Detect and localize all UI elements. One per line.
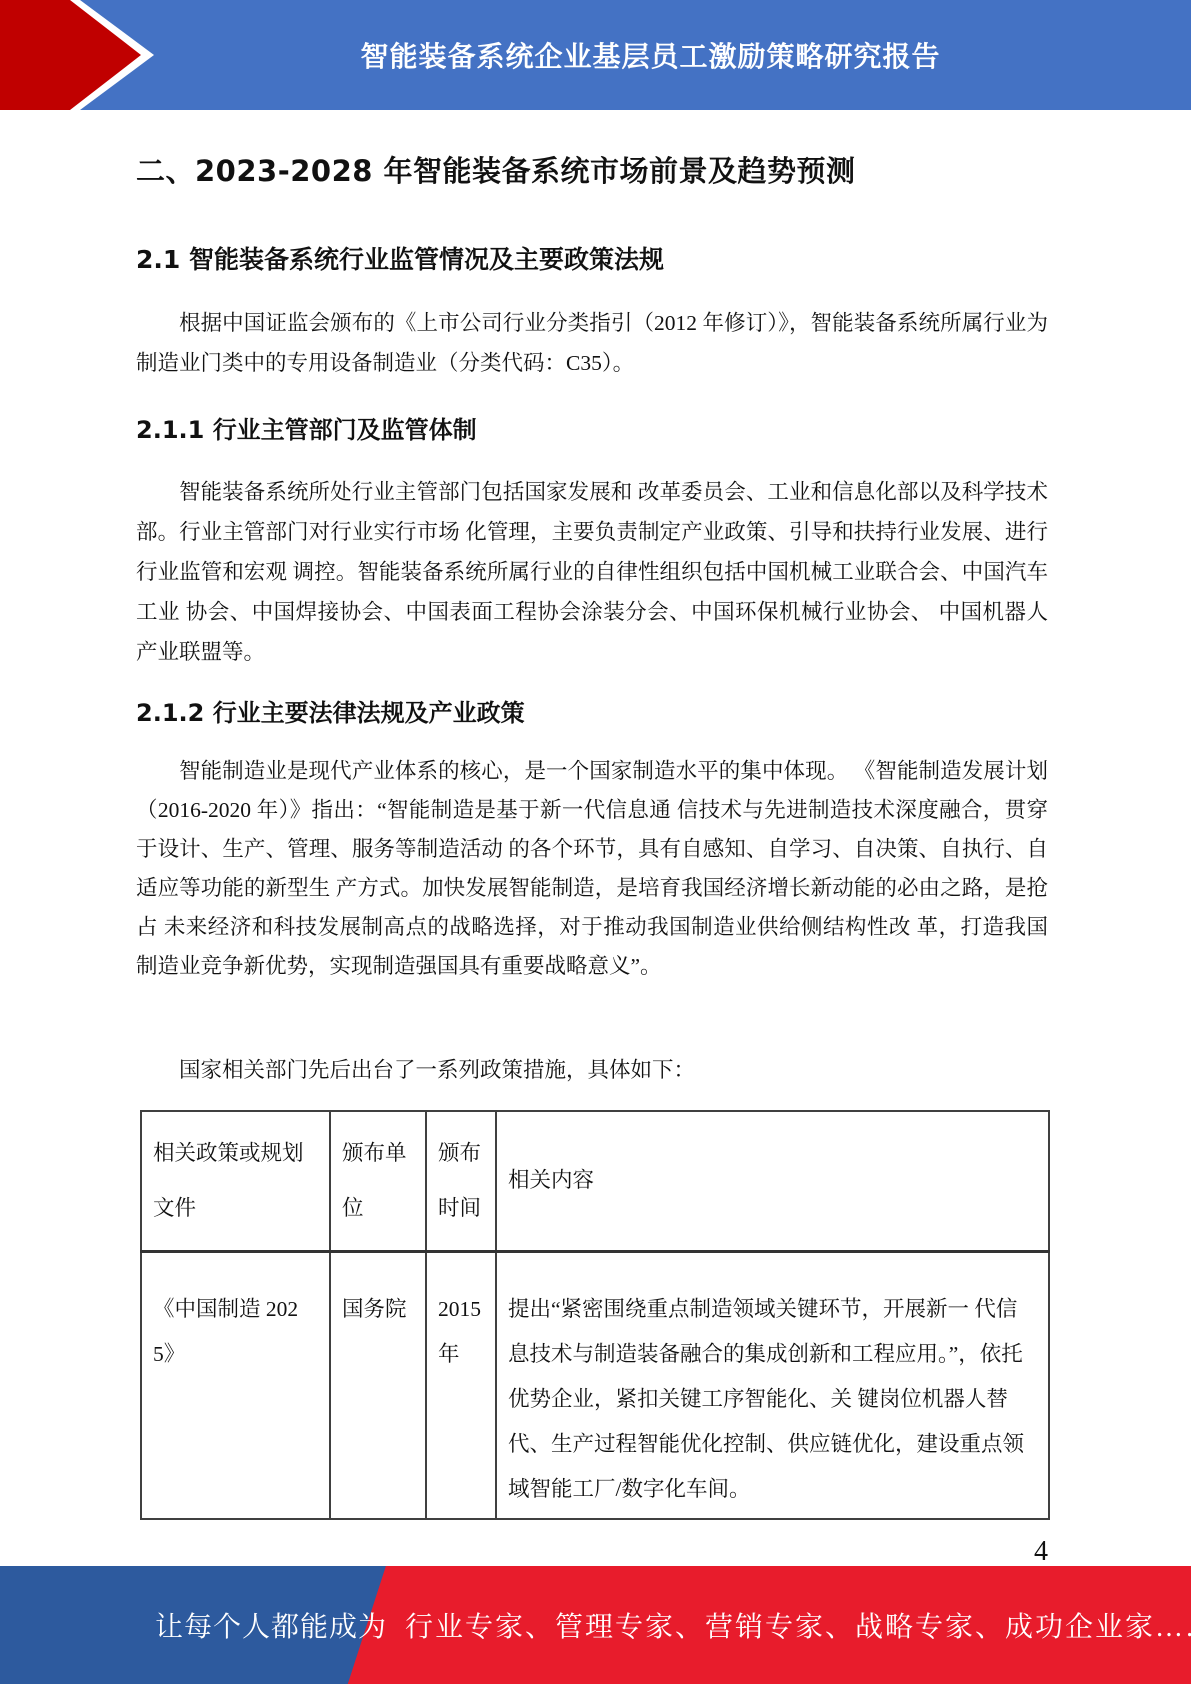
policy-cell-issuer: 国务院	[330, 1251, 426, 1519]
section-heading-2-1-2: 2.1.2 行业主要法律法规及产业政策	[136, 696, 1048, 730]
policy-table-header-date: 颁布时间	[426, 1111, 496, 1251]
footer-slogan-right: 行业专家、管理专家、营销专家、战略专家、成功企业家……	[405, 1566, 1191, 1684]
policy-table-row: 《中国制造 2025》 国务院 2015 年 提出“紧密围绕重点制造领域关键环节…	[141, 1251, 1049, 1519]
page-header-banner: 智能装备系统企业基层员工激励策略研究报告	[0, 0, 1191, 110]
paragraph-policy-overview: 智能制造业是现代产业体系的核心，是一个国家制造水平的集中体现。 《智能制造发展计…	[136, 752, 1048, 986]
policy-cell-document: 《中国制造 2025》	[141, 1251, 330, 1519]
policy-table: 相关政策或规划文件 颁布单位 颁布时间 相关内容 《中国制造 2025》 国务院…	[140, 1110, 1050, 1520]
policy-cell-content: 提出“紧密围绕重点制造领域关键环节，开展新一 代信息技术与制造装备融合的集成创新…	[496, 1251, 1049, 1519]
paragraph-industry-classification: 根据中国证监会颁布的《上市公司行业分类指引（2012 年修订）》，智能装备系统所…	[136, 303, 1048, 383]
policy-cell-date: 2015 年	[426, 1251, 496, 1519]
section-heading-2-1-1: 2.1.1 行业主管部门及监管体制	[136, 413, 1048, 447]
red-arrow-icon	[0, 0, 160, 110]
paragraph-policy-list-intro: 国家相关部门先后出台了一系列政策措施，具体如下：	[136, 1050, 1048, 1090]
document-body: 二、2023-2028 年智能装备系统市场前景及趋势预测 2.1 智能装备系统行…	[136, 110, 1048, 1568]
policy-table-header-row: 相关政策或规划文件 颁布单位 颁布时间 相关内容	[141, 1111, 1049, 1251]
policy-table-header-issuer: 颁布单位	[330, 1111, 426, 1251]
policy-table-header-content: 相关内容	[496, 1111, 1049, 1251]
page-number: 4	[136, 1536, 1048, 1568]
policy-table-header-document: 相关政策或规划文件	[141, 1111, 330, 1251]
chapter-heading: 二、2023-2028 年智能装备系统市场前景及趋势预测	[136, 150, 1048, 192]
paragraph-regulators: 智能装备系统所处行业主管部门包括国家发展和 改革委员会、工业和信息化部以及科学技…	[136, 472, 1048, 672]
section-heading-2-1: 2.1 智能装备系统行业监管情况及主要政策法规	[136, 242, 1048, 277]
footer-slogan-left: 让每个人都能成为	[155, 1566, 387, 1684]
page-footer: 让每个人都能成为 行业专家、管理专家、营销专家、战略专家、成功企业家……	[0, 1566, 1191, 1684]
report-title: 智能装备系统企业基层员工激励策略研究报告	[170, 0, 1131, 110]
